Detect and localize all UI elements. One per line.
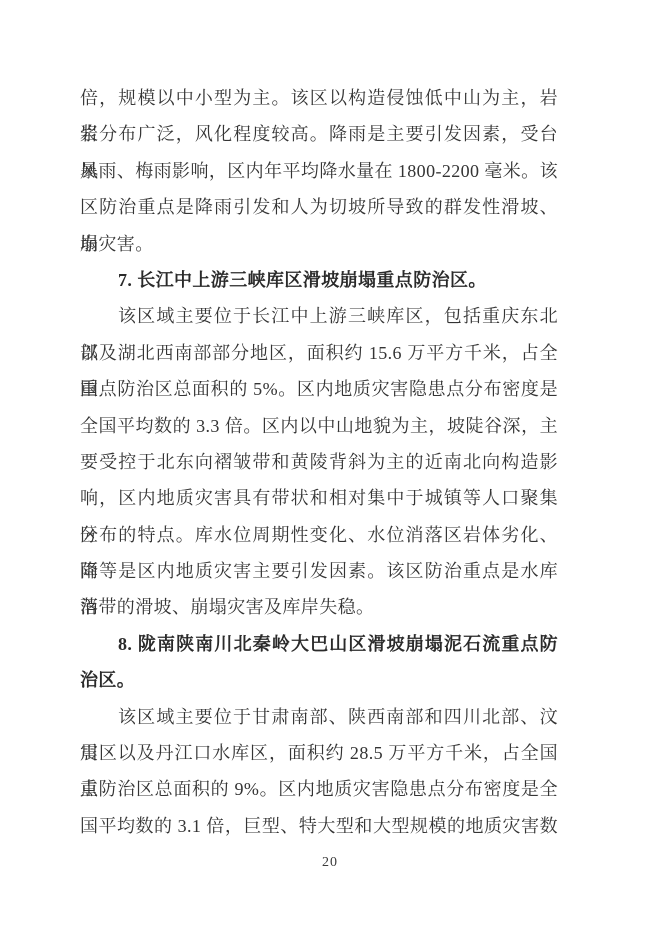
text-line: 国平均数的 3.1 倍，巨型、特大型和大型规模的地质灾害数 xyxy=(80,808,558,844)
text-line: 区防治重点是降雨引发和人为切坡所导致的群发性滑坡、崩 xyxy=(80,189,558,225)
text-line: 暴雨、梅雨影响，区内年平均降水量在 1800-2200 毫米。该 xyxy=(80,153,558,189)
text-line: 全国平均数的 3.3 倍。区内以中山地貌为主，坡陡谷深，主 xyxy=(80,408,558,444)
text-line: 雨等是区内地质灾害主要引发因素。该区防治重点是水库消 xyxy=(80,553,558,589)
text-line: 岩分布广泛，风化程度较高。降雨是主要引发因素，受台风 xyxy=(80,116,558,152)
text-line: 落带的滑坡、崩塌灾害及库岸失稳。 xyxy=(80,589,558,625)
text-line: 该区域主要位于甘肃南部、陕西南部和四川北部、汶川 xyxy=(80,699,558,735)
text-line: 分布的特点。库水位周期性变化、水位消落区岩体劣化、降 xyxy=(80,517,558,553)
text-line: 响，区内地质灾害具有带状和相对集中于城镇等人口聚集区 xyxy=(80,480,558,516)
text-line: 重点防治区总面积的 5%。区内地质灾害隐患点分布密度是 xyxy=(80,371,558,407)
text-line: 该区域主要位于长江中上游三峡库区，包括重庆东北部 xyxy=(80,298,558,334)
text-line: 以及湖北西南部部分地区，面积约 15.6 万平方千米，占全国 xyxy=(80,335,558,371)
text-line: 8. 陇南陕南川北秦岭大巴山区滑坡崩塌泥石流重点防 xyxy=(80,626,558,662)
text-line: 塌灾害。 xyxy=(80,226,558,262)
text-line: 治区。 xyxy=(80,662,558,698)
document-page: 倍，规模以中小型为主。该区以构造侵蚀低中山为主，岩浆岩分布广泛，风化程度较高。降… xyxy=(0,0,660,934)
text-line: 要受控于北东向褶皱带和黄陵背斜为主的近南北向构造影 xyxy=(80,444,558,480)
document-body: 倍，规模以中小型为主。该区以构造侵蚀低中山为主，岩浆岩分布广泛，风化程度较高。降… xyxy=(80,80,558,844)
text-line: 震区以及丹江口水库区，面积约 28.5 万平方千米，占全国重 xyxy=(80,735,558,771)
text-line: 7. 长江中上游三峡库区滑坡崩塌重点防治区。 xyxy=(80,262,558,298)
page-footer: 20 xyxy=(0,853,660,871)
text-line: 点防治区总面积的 9%。区内地质灾害隐患点分布密度是全 xyxy=(80,771,558,807)
text-line: 倍，规模以中小型为主。该区以构造侵蚀低中山为主，岩浆 xyxy=(80,80,558,116)
page-number: 20 xyxy=(322,855,338,870)
